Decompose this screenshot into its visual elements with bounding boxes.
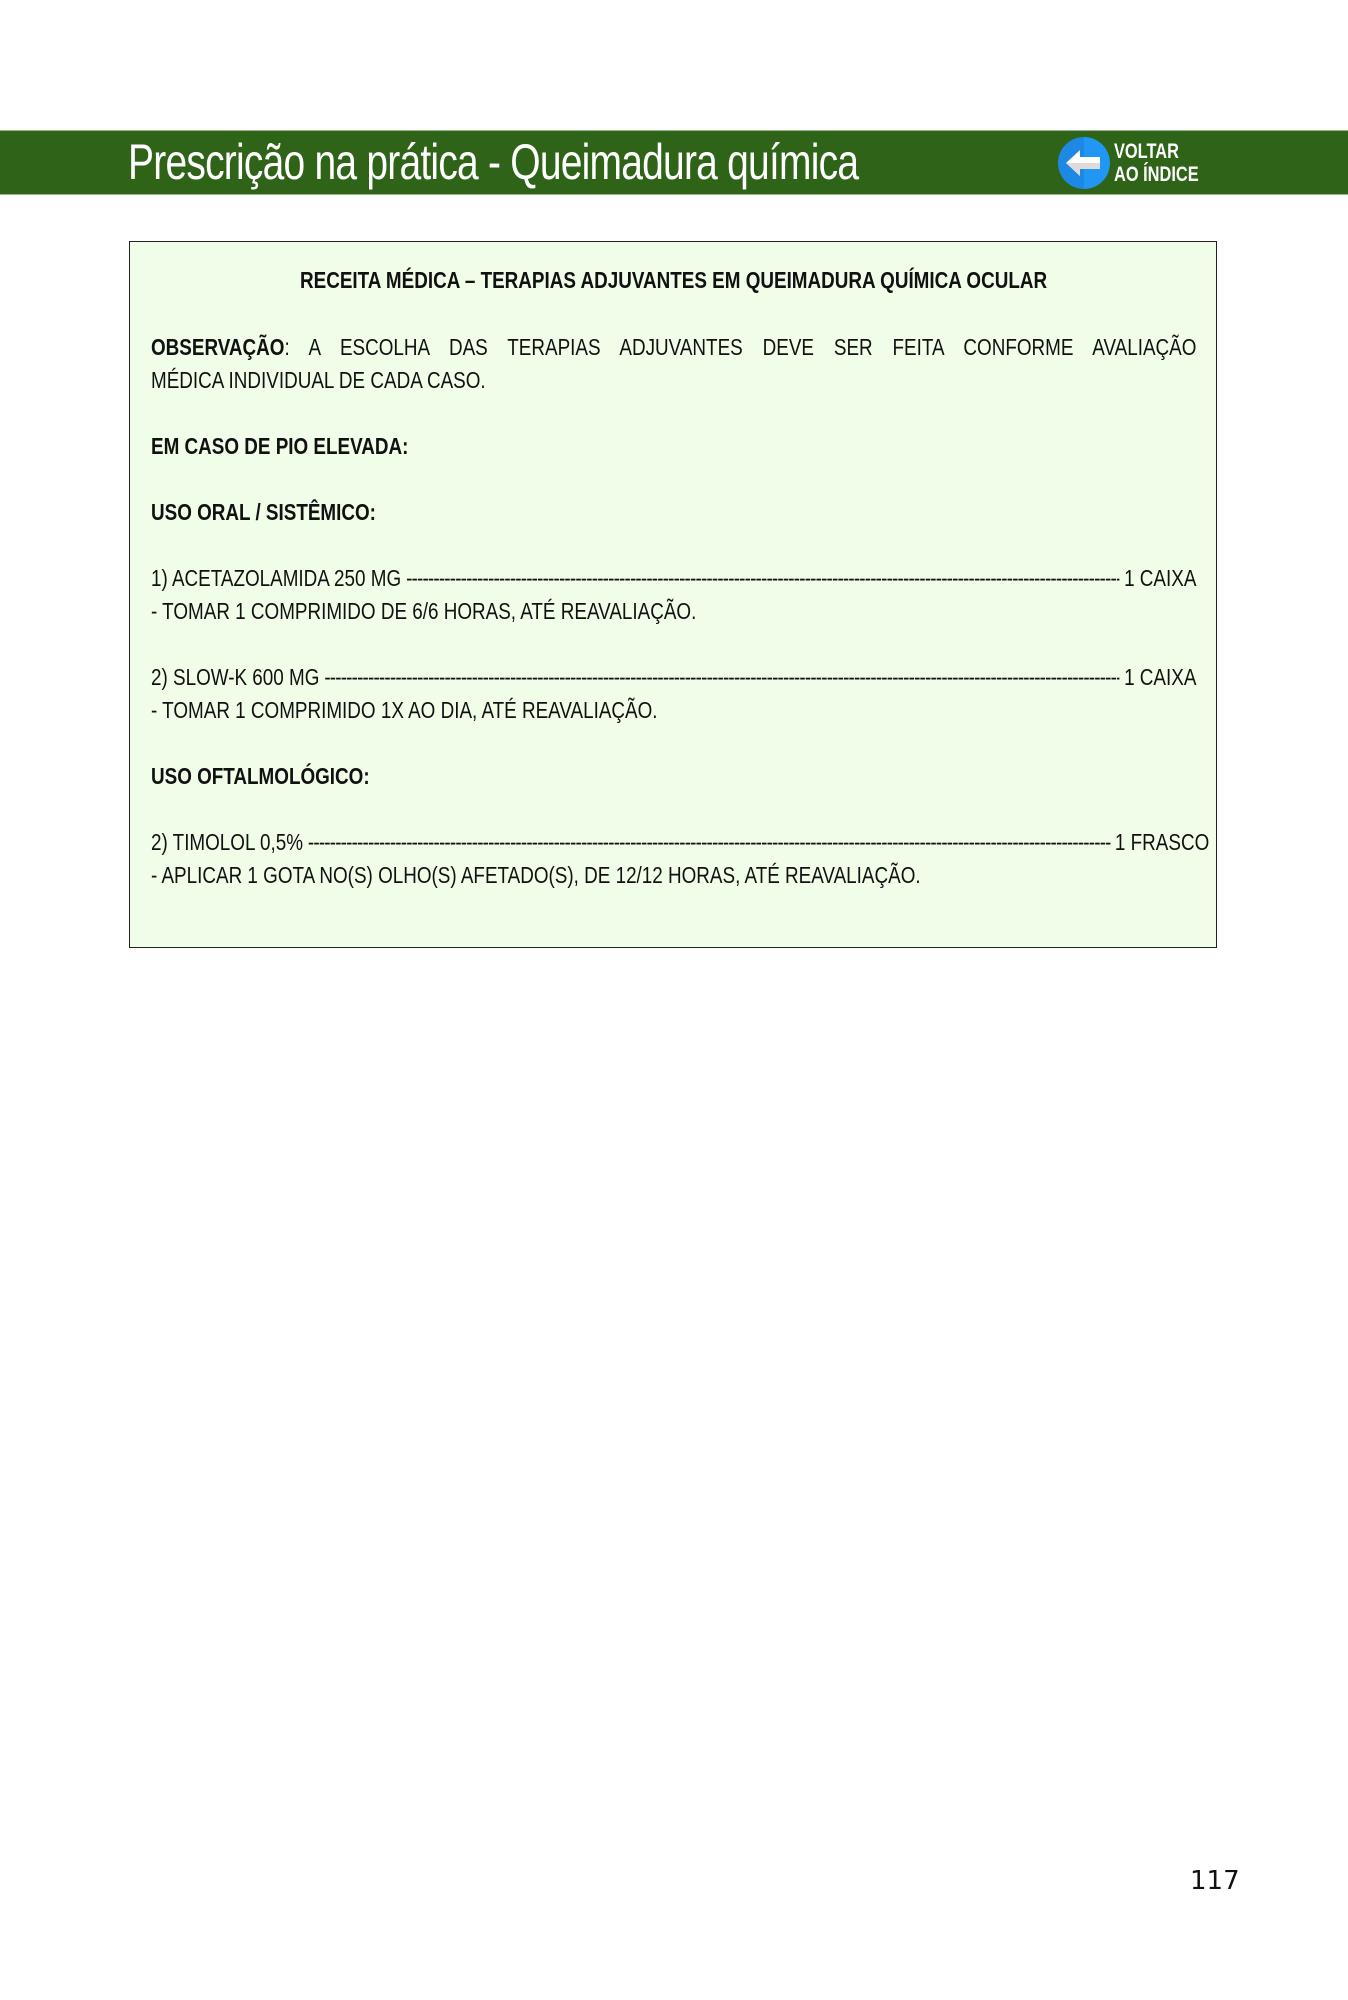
medication-instruction: - APLICAR 1 GOTA NO(S) OLHO(S) AFETADO(S… (151, 859, 1196, 892)
medication-quantity: 1 FRASCO (1115, 826, 1209, 859)
back-label-line2: AO ÍNDICE (1114, 163, 1199, 186)
dash-leader: ----------------------------------------… (324, 661, 1119, 694)
page-title: Prescrição na prática - Queimadura quími… (128, 131, 858, 194)
condition-heading-text: EM CASO DE PIO ELEVADA: (151, 430, 408, 463)
section-heading-ophthalmic-text: USO OFTALMOLÓGICO: (151, 760, 370, 793)
section-heading-oral-text: USO ORAL / SISTÊMICO: (151, 496, 376, 529)
arrow-left-icon (1058, 137, 1110, 189)
medication-line: 1) ACETAZOLAMIDA 250 MG ----------------… (151, 562, 1196, 595)
medication-instruction-text: - TOMAR 1 COMPRIMIDO 1X AO DIA, ATÉ REAV… (151, 694, 658, 727)
medication-quantity: 1 CAIXA (1124, 661, 1196, 694)
header-banner: Prescrição na prática - Queimadura quími… (0, 130, 1348, 195)
medication-instruction: - TOMAR 1 COMPRIMIDO DE 6/6 HORAS, ATÉ R… (151, 595, 1196, 628)
dash-leader: ----------------------------------------… (308, 826, 1110, 859)
medication-instruction-text: - TOMAR 1 COMPRIMIDO DE 6/6 HORAS, ATÉ R… (151, 595, 696, 628)
medication-instruction: - TOMAR 1 COMPRIMIDO 1X AO DIA, ATÉ REAV… (151, 694, 1196, 727)
prescription-title: RECEITA MÉDICA – TERAPIAS ADJUVANTES EM … (151, 264, 1196, 297)
back-to-index-button[interactable]: VOLTAR AO ÍNDICE (1058, 137, 1223, 189)
prescription-box: RECEITA MÉDICA – TERAPIAS ADJUVANTES EM … (129, 241, 1217, 948)
medication-name: 1) ACETAZOLAMIDA 250 MG (151, 562, 401, 595)
section-heading-oral: USO ORAL / SISTÊMICO: (151, 496, 1196, 529)
medication-item: 2) SLOW-K 600 MG -----------------------… (151, 661, 1196, 727)
section-heading-ophthalmic: USO OFTALMOLÓGICO: (151, 760, 1196, 793)
back-label-line1: VOLTAR (1114, 140, 1199, 163)
page-number: 117 (1190, 1866, 1240, 1896)
medication-line: 2) TIMOLOL 0,5% ------------------------… (151, 826, 1209, 859)
observation-line-2: MÉDICA INDIVIDUAL DE CADA CASO. (151, 364, 1196, 397)
back-button-label: VOLTAR AO ÍNDICE (1114, 140, 1199, 186)
medication-instruction-text: - APLICAR 1 GOTA NO(S) OLHO(S) AFETADO(S… (151, 859, 921, 892)
observation-line-1: OBSERVAÇÃO: A ESCOLHA DAS TERAPIAS ADJUV… (151, 331, 1196, 364)
observation-text-1: : A ESCOLHA DAS TERAPIAS ADJUVANTES DEVE… (284, 334, 1196, 360)
condition-heading: EM CASO DE PIO ELEVADA: (151, 430, 1196, 463)
medication-name: 2) TIMOLOL 0,5% (151, 826, 303, 859)
medication-name: 2) SLOW-K 600 MG (151, 661, 319, 694)
medication-item: 2) TIMOLOL 0,5% ------------------------… (151, 826, 1196, 892)
observation: OBSERVAÇÃO: A ESCOLHA DAS TERAPIAS ADJUV… (151, 331, 1196, 397)
prescription-title-text: RECEITA MÉDICA – TERAPIAS ADJUVANTES EM … (300, 264, 1047, 297)
medication-item: 1) ACETAZOLAMIDA 250 MG ----------------… (151, 562, 1196, 628)
dash-leader: ----------------------------------------… (406, 562, 1119, 595)
medication-line: 2) SLOW-K 600 MG -----------------------… (151, 661, 1196, 694)
medication-quantity: 1 CAIXA (1124, 562, 1196, 595)
observation-label: OBSERVAÇÃO (151, 334, 284, 360)
